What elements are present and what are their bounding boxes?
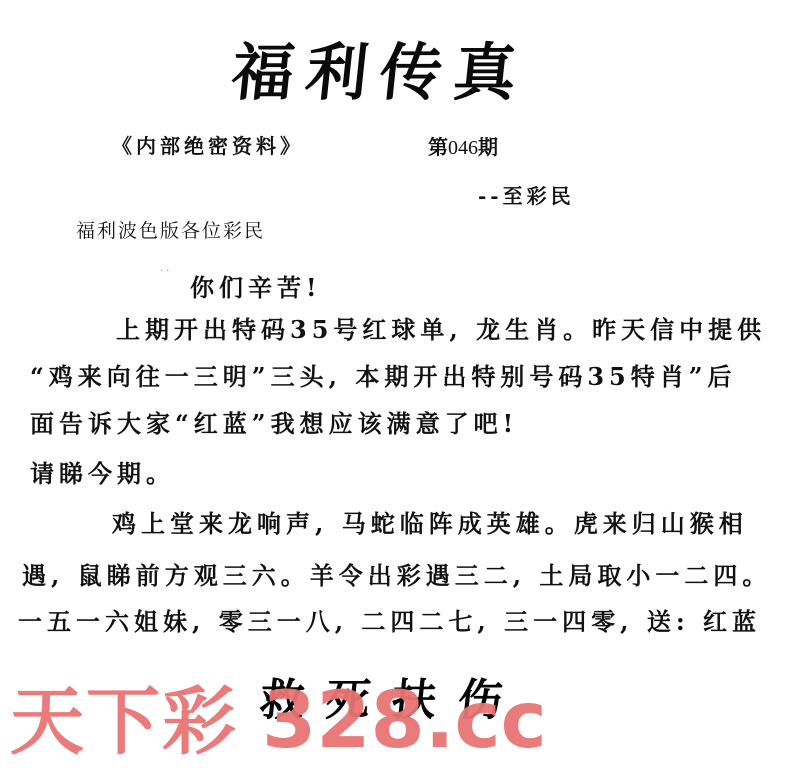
body-line: 一五一六姐妹, 零三一八, 二四二七, 三一四零, 送: 红蓝	[18, 606, 761, 638]
issue-prefix: 第	[428, 135, 448, 159]
decorative-dots: ··	[160, 266, 172, 277]
body-line: 面告诉大家“红蓝”我想应该满意了吧!	[30, 408, 518, 440]
body-line: 遇, 鼠睇前方观三六。羊令出彩遇三二, 土局取小一二四。	[22, 560, 771, 592]
issue-value: 046	[448, 137, 478, 159]
issue-suffix: 期	[478, 135, 498, 159]
addressee: 福利波色版各位彩民	[76, 218, 265, 244]
greeting: 你们辛苦!	[190, 272, 322, 304]
issue-number: 第046期	[428, 134, 498, 161]
watermark-site-name: 天下彩	[10, 679, 238, 765]
body-line: 鸡上堂来龙响声, 马蛇临阵成英雄。虎来归山猴相	[112, 508, 748, 540]
document-title: 福利传真	[228, 38, 531, 108]
watermark-domain: 328.cc	[262, 676, 547, 766]
watermark: 天下彩328.cc	[10, 680, 547, 763]
body-line: “鸡来向往一三明”三头, 本期开出特别号码35特肖”后	[30, 361, 737, 393]
body-line: 请睇今期。	[30, 458, 175, 490]
signature: --至彩民	[478, 182, 575, 210]
body-line: 上期开出特码35号红球单, 龙生肖。昨天信中提供	[116, 314, 766, 346]
document-subtitle: 《内部绝密资料》	[112, 132, 304, 160]
